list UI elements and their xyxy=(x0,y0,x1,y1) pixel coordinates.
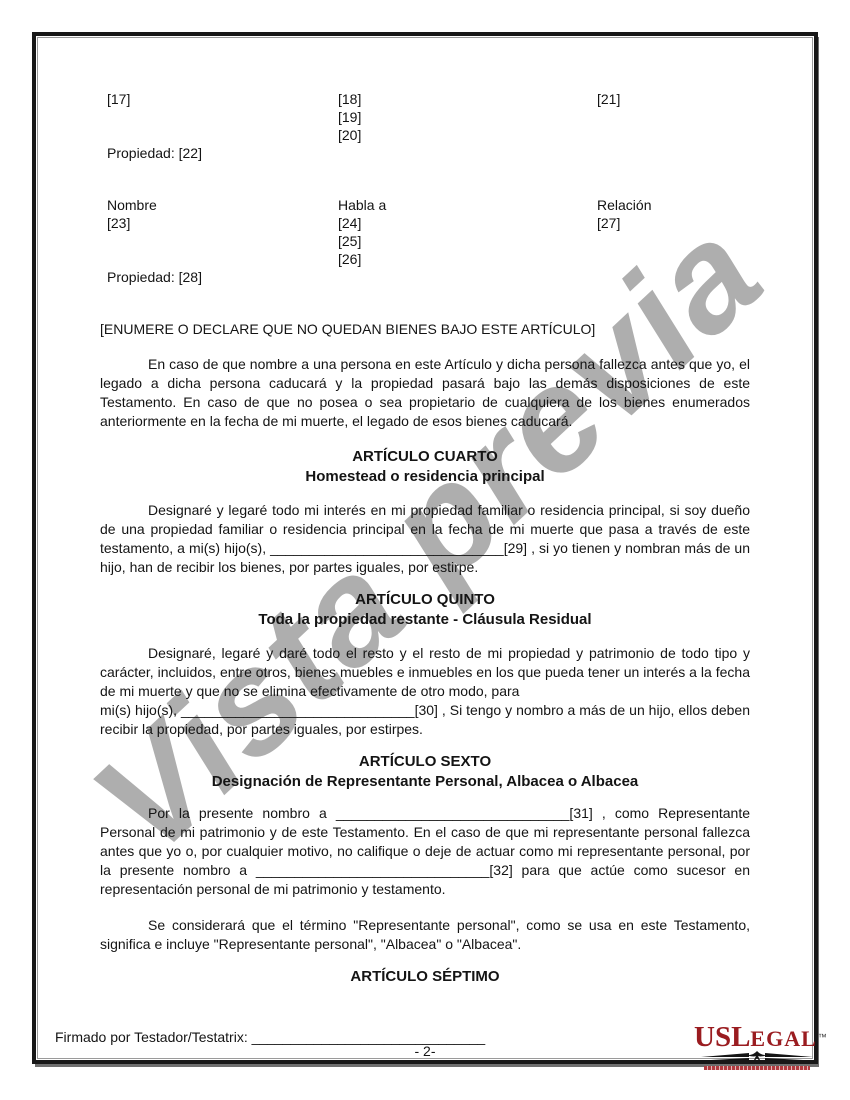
enumerate-instruction: [ENUMERE O DECLARE QUE NO QUEDAN BIENES … xyxy=(100,320,750,339)
document-page: Vista previa [17] Propiedad: [22] [18] [… xyxy=(32,32,818,1064)
document-body: [ENUMERE O DECLARE QUE NO QUEDAN BIENES … xyxy=(100,36,750,987)
uslegal-wordmark-main: USL xyxy=(694,1021,750,1053)
logo-tagline xyxy=(704,1066,810,1070)
article-4-title: ARTÍCULO CUARTO xyxy=(100,447,750,467)
article-6-paragraph-2: Se considerará que el término "Represent… xyxy=(100,916,750,954)
uslegal-wordmark: USLEGAL™ xyxy=(694,1024,820,1052)
document-content: [17] Propiedad: [22] [18] [19] [20] [21]… xyxy=(36,36,814,1060)
uslegal-logo: USLEGAL™ xyxy=(694,1024,820,1070)
article-5-title: ARTÍCULO QUINTO xyxy=(100,590,750,610)
article-6-title: ARTÍCULO SEXTO xyxy=(100,752,750,772)
uslegal-wordmark-small: EGAL xyxy=(750,1026,816,1051)
article-4-paragraph: Designaré y legaré todo mi interés en mi… xyxy=(100,501,750,577)
article-7-title: ARTÍCULO SÉPTIMO xyxy=(100,967,750,987)
article-5-subtitle: Toda la propiedad restante - Cláusula Re… xyxy=(100,610,750,630)
article-4-subtitle: Homestead o residencia principal xyxy=(100,467,750,487)
lapse-paragraph: En caso de que nombre a una persona en e… xyxy=(100,355,750,431)
article-5-paragraph-continued: mi(s) hijo(s), _________________________… xyxy=(100,701,750,739)
article-6-paragraph: Por la presente nombro a _______________… xyxy=(100,804,750,899)
article-5-paragraph: Designaré, legaré y daré todo el resto y… xyxy=(100,644,750,701)
trademark-symbol: ™ xyxy=(818,1032,827,1042)
article-6-subtitle: Designación de Representante Personal, A… xyxy=(100,772,750,792)
